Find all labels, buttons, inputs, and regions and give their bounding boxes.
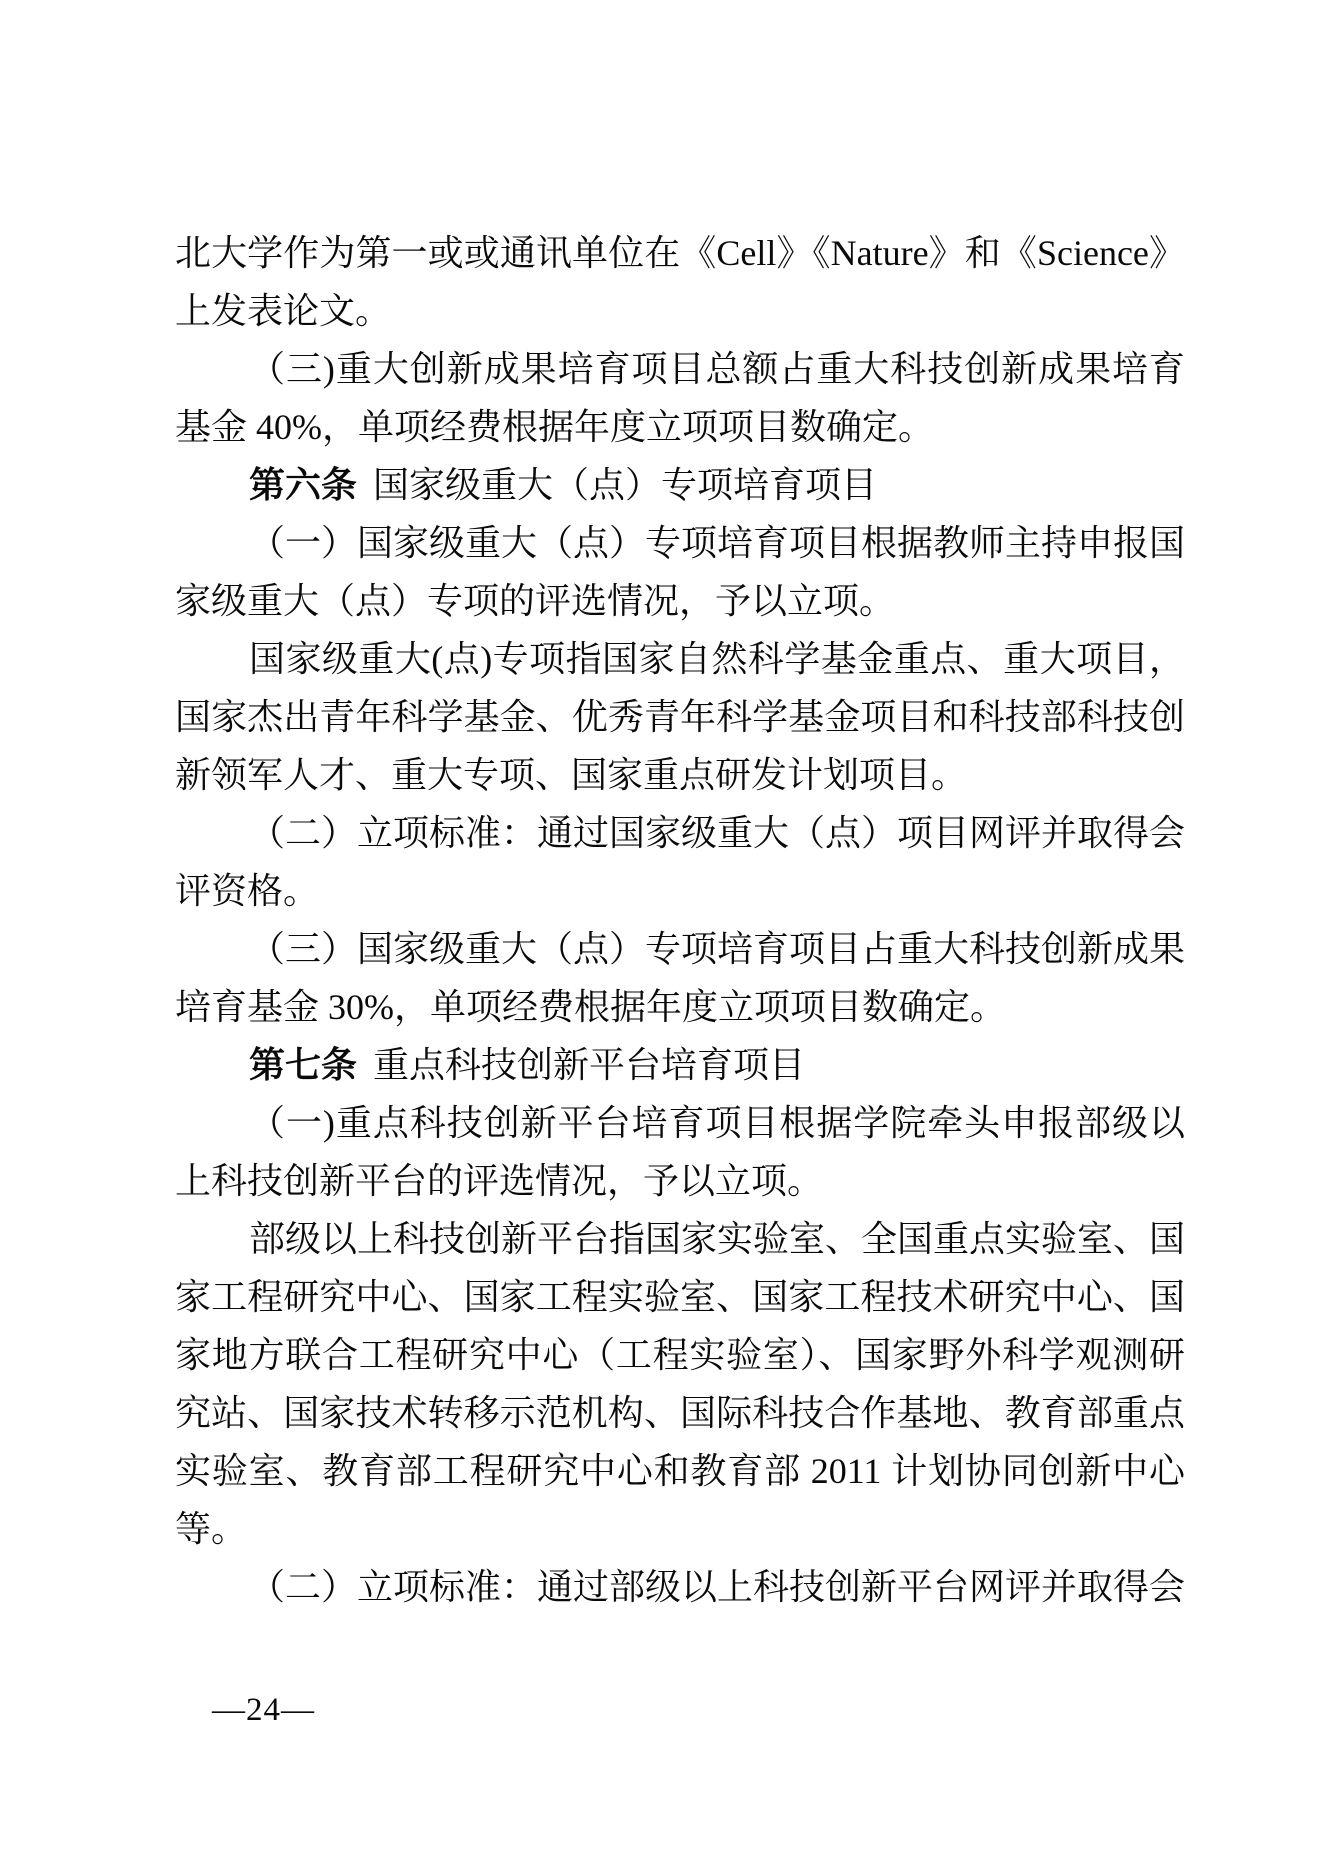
document-body: 北大学作为第一或或通讯单位在《Cell》《Nature》和《Science》 上… (175, 224, 1185, 1616)
text-line: （三）国家级重大（点）专项培育项目占重大科技创新成果 (175, 920, 1185, 978)
text-line: （一）国家级重大（点）专项培育项目根据教师主持申报国 (175, 514, 1185, 572)
text-line: （二）立项标准：通过部级以上科技创新平台网评并取得会 (175, 1558, 1185, 1616)
article-heading: 第六条国家级重大（点）专项培育项目 (175, 456, 1185, 514)
text-line: 北大学作为第一或或通讯单位在《Cell》《Nature》和《Science》 (175, 224, 1185, 282)
text-line: 评资格。 (175, 862, 1185, 920)
article-title: 重点科技创新平台培育项目 (373, 1045, 805, 1085)
text-line: 新领军人才、重大专项、国家重点研发计划项目。 (175, 746, 1185, 804)
text-line: 家工程研究中心、国家工程实验室、国家工程技术研究中心、国 (175, 1268, 1185, 1326)
article-heading: 第七条重点科技创新平台培育项目 (175, 1036, 1185, 1094)
text-line: （二）立项标准：通过国家级重大（点）项目网评并取得会 (175, 804, 1185, 862)
text-line: 家级重大（点）专项的评选情况，予以立项。 (175, 572, 1185, 630)
text-line: 究站、国家技术转移示范机构、国际科技合作基地、教育部重点 (175, 1384, 1185, 1442)
text-line: 实验室、教育部工程研究中心和教育部 2011 计划协同创新中心 (175, 1442, 1185, 1500)
text-line: 家地方联合工程研究中心（工程实验室）、国家野外科学观测研 (175, 1326, 1185, 1384)
text-line: 上科技创新平台的评选情况，予以立项。 (175, 1152, 1185, 1210)
page-number: —24— (212, 1692, 315, 1729)
text-line: 国家杰出青年科学基金、优秀青年科学基金项目和科技部科技创 (175, 688, 1185, 746)
text-line: 国家级重大(点)专项指国家自然科学基金重点、重大项目， (175, 630, 1185, 688)
text-line: 上发表论文。 (175, 282, 1185, 340)
article-number: 第六条 (249, 465, 357, 505)
document-page: 北大学作为第一或或通讯单位在《Cell》《Nature》和《Science》 上… (0, 0, 1323, 1871)
text-line: 等。 (175, 1500, 1185, 1558)
article-title: 国家级重大（点）专项培育项目 (373, 465, 877, 505)
text-line: （三)重大创新成果培育项目总额占重大科技创新成果培育 (175, 340, 1185, 398)
article-number: 第七条 (249, 1045, 357, 1085)
text-line: 基金 40%，单项经费根据年度立项项目数确定。 (175, 398, 1185, 456)
text-line: （一)重点科技创新平台培育项目根据学院牵头申报部级以 (175, 1094, 1185, 1152)
text-line: 培育基金 30%，单项经费根据年度立项项目数确定。 (175, 978, 1185, 1036)
text-line: 部级以上科技创新平台指国家实验室、全国重点实验室、国 (175, 1210, 1185, 1268)
